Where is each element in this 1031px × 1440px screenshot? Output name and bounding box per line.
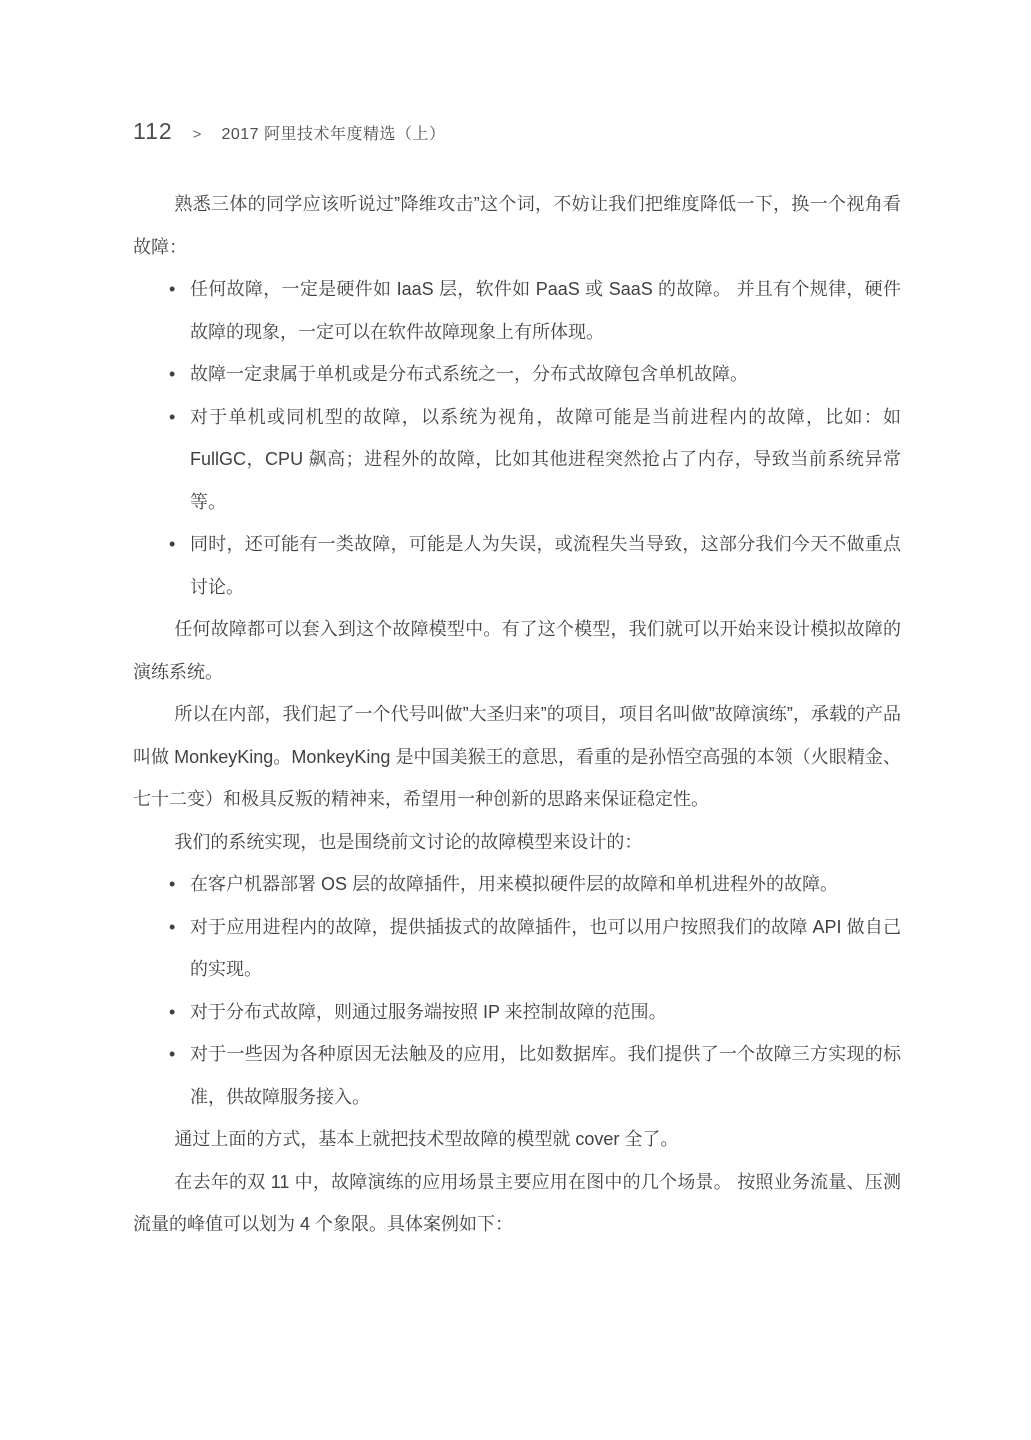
bullet-item: 同时，还可能有一类故障，可能是人为失误，或流程失当导致，这部分我们今天不做重点讨… xyxy=(190,523,901,608)
header-separator: > xyxy=(187,126,208,143)
bullet-item: 对于应用进程内的故障，提供插拔式的故障插件，也可以用户按照我们的故障 API 做… xyxy=(190,906,901,991)
paragraph-monkeyking: 所以在内部，我们起了一个代号叫做”大圣归来”的项目，项目名叫做”故障演练”，承载… xyxy=(133,693,901,821)
page-header: 112 > 2017 阿里技术年度精选（上） xyxy=(133,118,900,145)
document-page: 112 > 2017 阿里技术年度精选（上） 熟悉三体的同学应该听说过”降维攻击… xyxy=(0,0,1031,1440)
bullet-item: 故障一定隶属于单机或是分布式系统之一，分布式故障包含单机故障。 xyxy=(190,353,901,396)
paragraph-model-summary: 任何故障都可以套入到这个故障模型中。有了这个模型，我们就可以开始来设计模拟故障的… xyxy=(133,608,901,693)
bullet-item: 任何故障，一定是硬件如 IaaS 层，软件如 PaaS 或 SaaS 的故障。 … xyxy=(190,268,901,353)
bullet-item: 对于单机或同机型的故障，以系统为视角，故障可能是当前进程内的故障，比如：如 Fu… xyxy=(190,396,901,524)
paragraph-double11: 在去年的双 11 中，故障演练的应用场景主要应用在图中的几个场景。 按照业务流量… xyxy=(133,1161,901,1246)
page-number: 112 xyxy=(133,118,173,145)
paragraph-cover-summary: 通过上面的方式，基本上就把技术型故障的模型就 cover 全了。 xyxy=(133,1118,901,1161)
content-area: 熟悉三体的同学应该听说过”降维攻击”这个词，不妨让我们把维度降低一下，换一个视角… xyxy=(133,183,901,1246)
paragraph-intro: 熟悉三体的同学应该听说过”降维攻击”这个词，不妨让我们把维度降低一下，换一个视角… xyxy=(133,183,901,268)
paragraph-system-design: 我们的系统实现，也是围绕前文讨论的故障模型来设计的： xyxy=(133,821,901,864)
bullet-item: 对于分布式故障，则通过服务端按照 IP 来控制故障的范围。 xyxy=(190,991,901,1034)
bullet-item: 在客户机器部署 OS 层的故障插件，用来模拟硬件层的故障和单机进程外的故障。 xyxy=(190,863,901,906)
document-title: 2017 阿里技术年度精选（上） xyxy=(221,121,445,144)
system-implementation-bullet-list: 在客户机器部署 OS 层的故障插件，用来模拟硬件层的故障和单机进程外的故障。 对… xyxy=(133,863,901,1118)
bullet-item: 对于一些因为各种原因无法触及的应用，比如数据库。我们提供了一个故障三方实现的标准… xyxy=(190,1033,901,1118)
fault-model-bullet-list: 任何故障，一定是硬件如 IaaS 层，软件如 PaaS 或 SaaS 的故障。 … xyxy=(133,268,901,608)
